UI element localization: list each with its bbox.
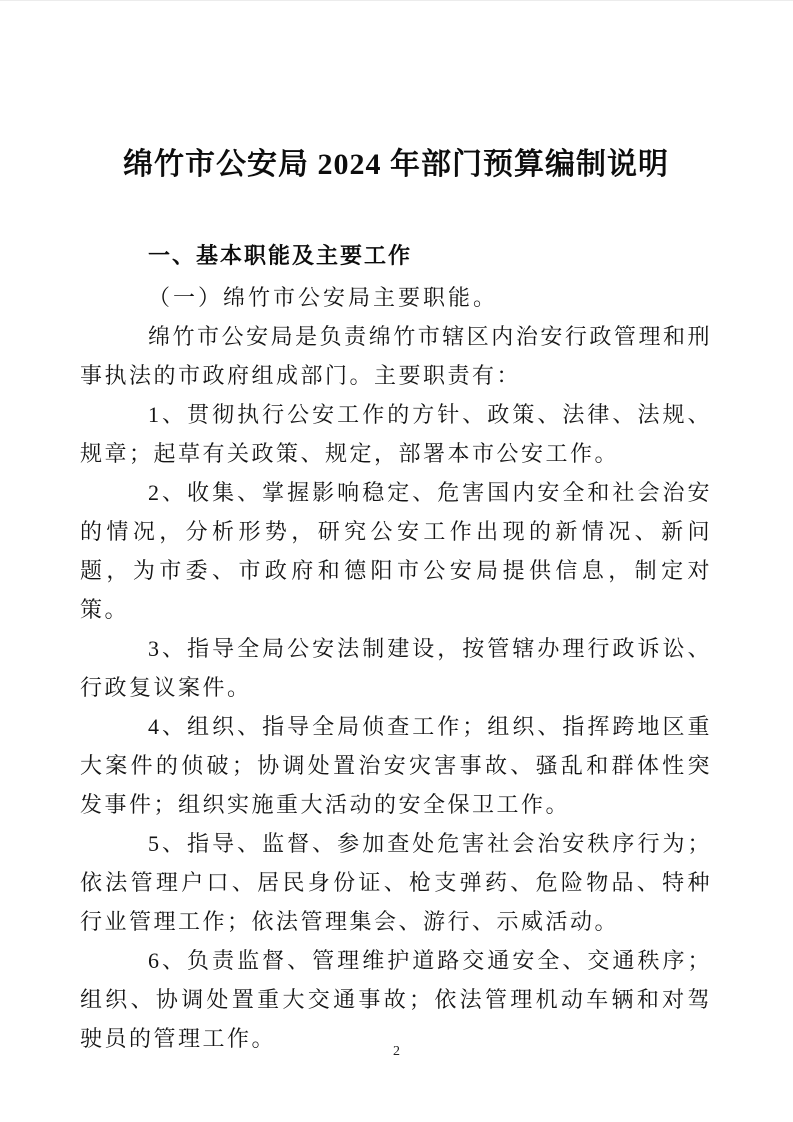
body-paragraph: 绵竹市公安局是负责绵竹市辖区内治安行政管理和刑事执法的市政府组成部门。主要职责有… (80, 317, 712, 395)
document-content: 绵竹市公安局 2024 年部门预算编制说明 一、基本职能及主要工作 （一）绵竹市… (0, 1, 793, 1058)
page-number: 2 (0, 1044, 793, 1060)
document-title: 绵竹市公安局 2024 年部门预算编制说明 (80, 143, 712, 187)
section-heading: 一、基本职能及主要工作 (80, 234, 712, 278)
body-paragraph: 6、负责监督、管理维护道路交通安全、交通秩序；组织、协调处置重大交通事故；依法管… (80, 941, 712, 1058)
document-page: 绵竹市公安局 2024 年部门预算编制说明 一、基本职能及主要工作 （一）绵竹市… (0, 0, 793, 1122)
body-paragraph: 2、收集、掌握影响稳定、危害国内安全和社会治安的情况，分析形势，研究公安工作出现… (80, 473, 712, 629)
body-paragraph: 3、指导全局公安法制建设，按管辖办理行政诉讼、行政复议案件。 (80, 629, 712, 707)
subsection-heading: （一）绵竹市公安局主要职能。 (80, 278, 712, 317)
body-paragraph: 1、贯彻执行公安工作的方针、政策、法律、法规、规章；起草有关政策、规定，部署本市… (80, 395, 712, 473)
body-paragraph: 4、组织、指导全局侦查工作；组织、指挥跨地区重大案件的侦破；协调处置治安灾害事故… (80, 707, 712, 824)
body-paragraph: 5、指导、监督、参加查处危害社会治安秩序行为；依法管理户口、居民身份证、枪支弹药… (80, 824, 712, 941)
